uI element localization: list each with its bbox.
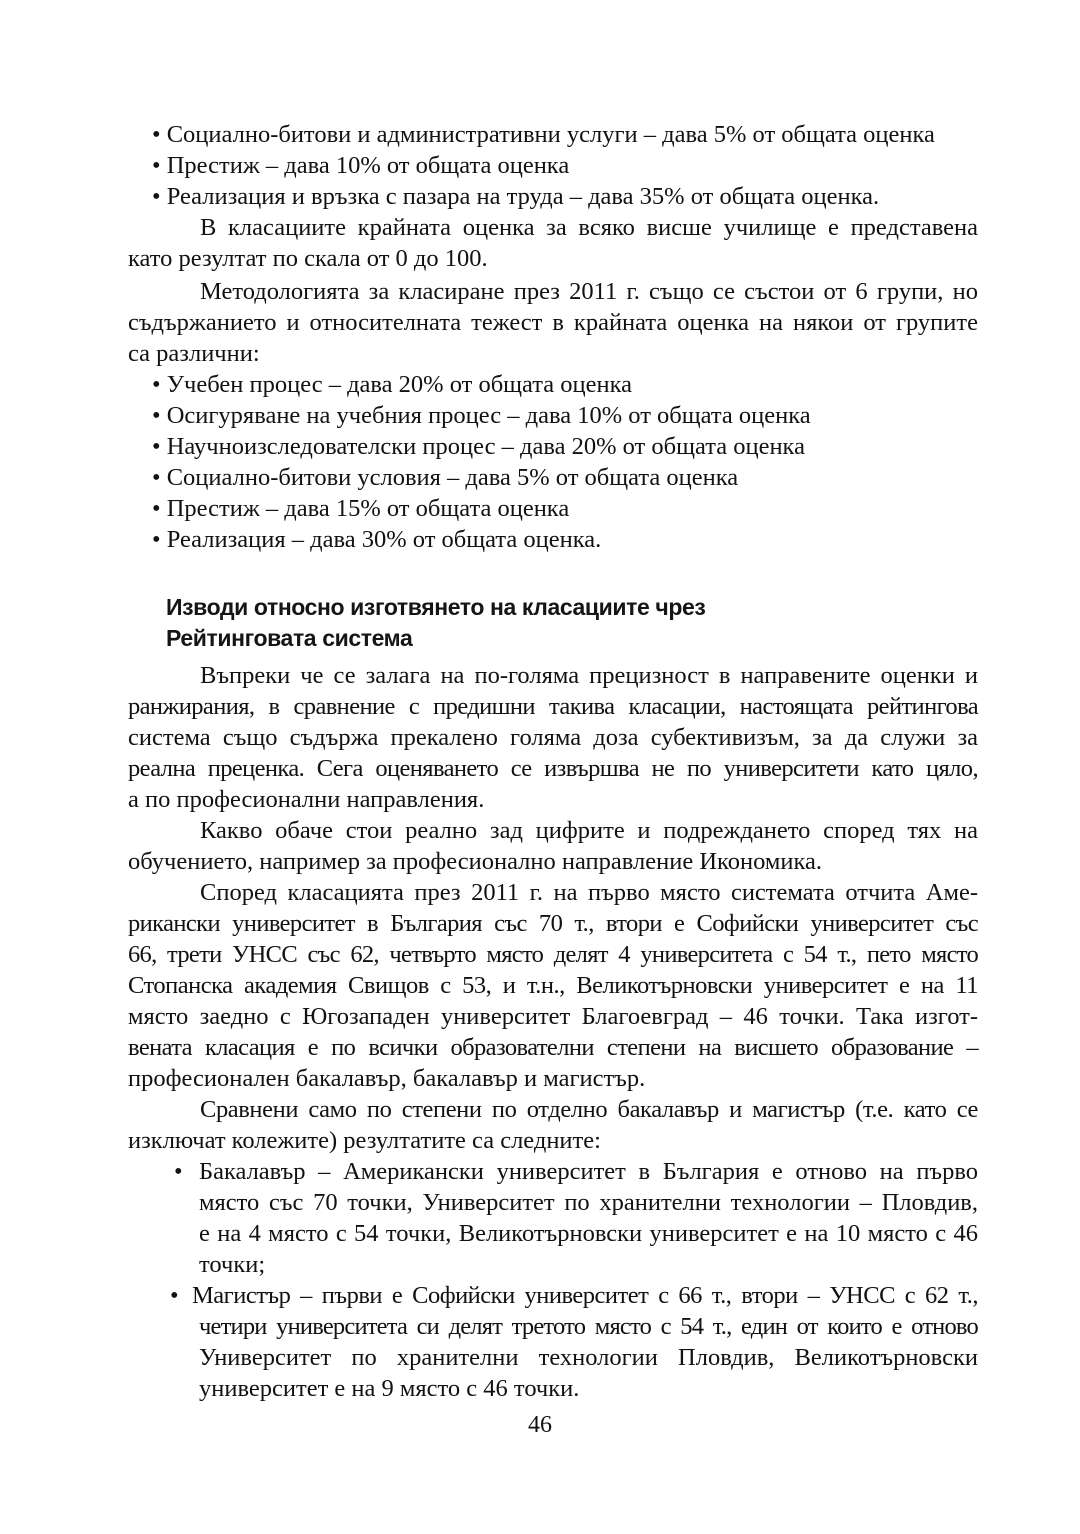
bullet-line: точки;	[199, 1250, 265, 1280]
bullet-line: университет е на 9 място с 46 точки.	[199, 1374, 579, 1404]
paragraph-line: като резултат по скала от 0 до 100.	[128, 244, 488, 274]
bullet-line: е на 4 място с 54 точки, Великотърновски…	[199, 1219, 978, 1249]
paragraph-line: ранжирания, в сравнение с предишни такив…	[128, 692, 978, 722]
paragraph-line: Въпреки че се залага на по-голяма прециз…	[200, 661, 978, 691]
bullet-line: Магистър – първи е Софийски университет …	[192, 1281, 978, 1311]
paragraph-line: а по професионални направления.	[128, 785, 484, 815]
document-page: • Социално-битови и административни услу…	[0, 0, 1080, 1534]
paragraph-line: Какво обаче стои реално зад цифрите и по…	[200, 816, 978, 846]
bullet-line: четири университета си делят третото мяс…	[199, 1312, 978, 1342]
list-item: • Социално-битови и административни услу…	[152, 120, 935, 150]
bullet-marker: •	[170, 1281, 179, 1311]
paragraph-line: система също съдържа прекалено голяма до…	[128, 723, 978, 753]
paragraph-line: място заедно с Югозападен университет Бл…	[128, 1002, 978, 1032]
paragraph-line: изключат колежите) резултатите са следни…	[128, 1126, 601, 1156]
list-item: • Престиж – дава 10% от общата оценка	[152, 151, 569, 181]
paragraph-line: реална преценка. Сега оценяването се изв…	[128, 754, 978, 784]
paragraph-line: Сравнени само по степени по отделно бака…	[200, 1095, 978, 1125]
paragraph-line: Според класацията през 2011 г. на първо …	[200, 878, 978, 908]
paragraph-line: Методологията за класиране през 2011 г. …	[200, 277, 978, 307]
paragraph-line: 66, трети УНСС със 62, четвърто място де…	[128, 940, 978, 970]
section-heading: Рейтинговата система	[166, 623, 412, 653]
list-item: • Реализация и връзка с пазара на труда …	[152, 182, 879, 212]
paragraph-line: В класациите крайната оценка за всяко ви…	[200, 213, 978, 243]
list-item: • Реализация – дава 30% от общата оценка…	[152, 525, 601, 555]
bullet-line: място със 70 точки, Университет по храни…	[199, 1188, 978, 1218]
list-item: • Престиж – дава 15% от общата оценка	[152, 494, 569, 524]
bullet-marker: •	[174, 1157, 183, 1187]
paragraph-line: професионален бакалавър, бакалавър и маг…	[128, 1064, 645, 1094]
list-item: • Социално-битови условия – дава 5% от о…	[152, 463, 738, 493]
paragraph-line: рикански университет в България със 70 т…	[128, 909, 978, 939]
paragraph-line: съдържанието и относителната тежест в кр…	[128, 308, 978, 338]
list-item: • Научноизследователски процес – дава 20…	[152, 432, 805, 462]
bullet-line: Бакалавър – Американски университет в Бъ…	[199, 1157, 978, 1187]
page-number: 46	[0, 1412, 1080, 1439]
bullet-line: Университет по хранителни технологии Пло…	[199, 1343, 978, 1373]
paragraph-line: са различни:	[128, 339, 260, 369]
paragraph-line: обучението, например за професионално на…	[128, 847, 822, 877]
paragraph-line: Стопанска академия Свищов с 53, и т.н., …	[128, 971, 978, 1001]
paragraph-line: вената класация е по всички образователн…	[128, 1033, 978, 1063]
section-heading: Изводи относно изготвянето на класациите…	[166, 592, 705, 622]
list-item: • Осигуряване на учебния процес – дава 1…	[152, 401, 811, 431]
list-item: • Учебен процес – дава 20% от общата оце…	[152, 370, 632, 400]
